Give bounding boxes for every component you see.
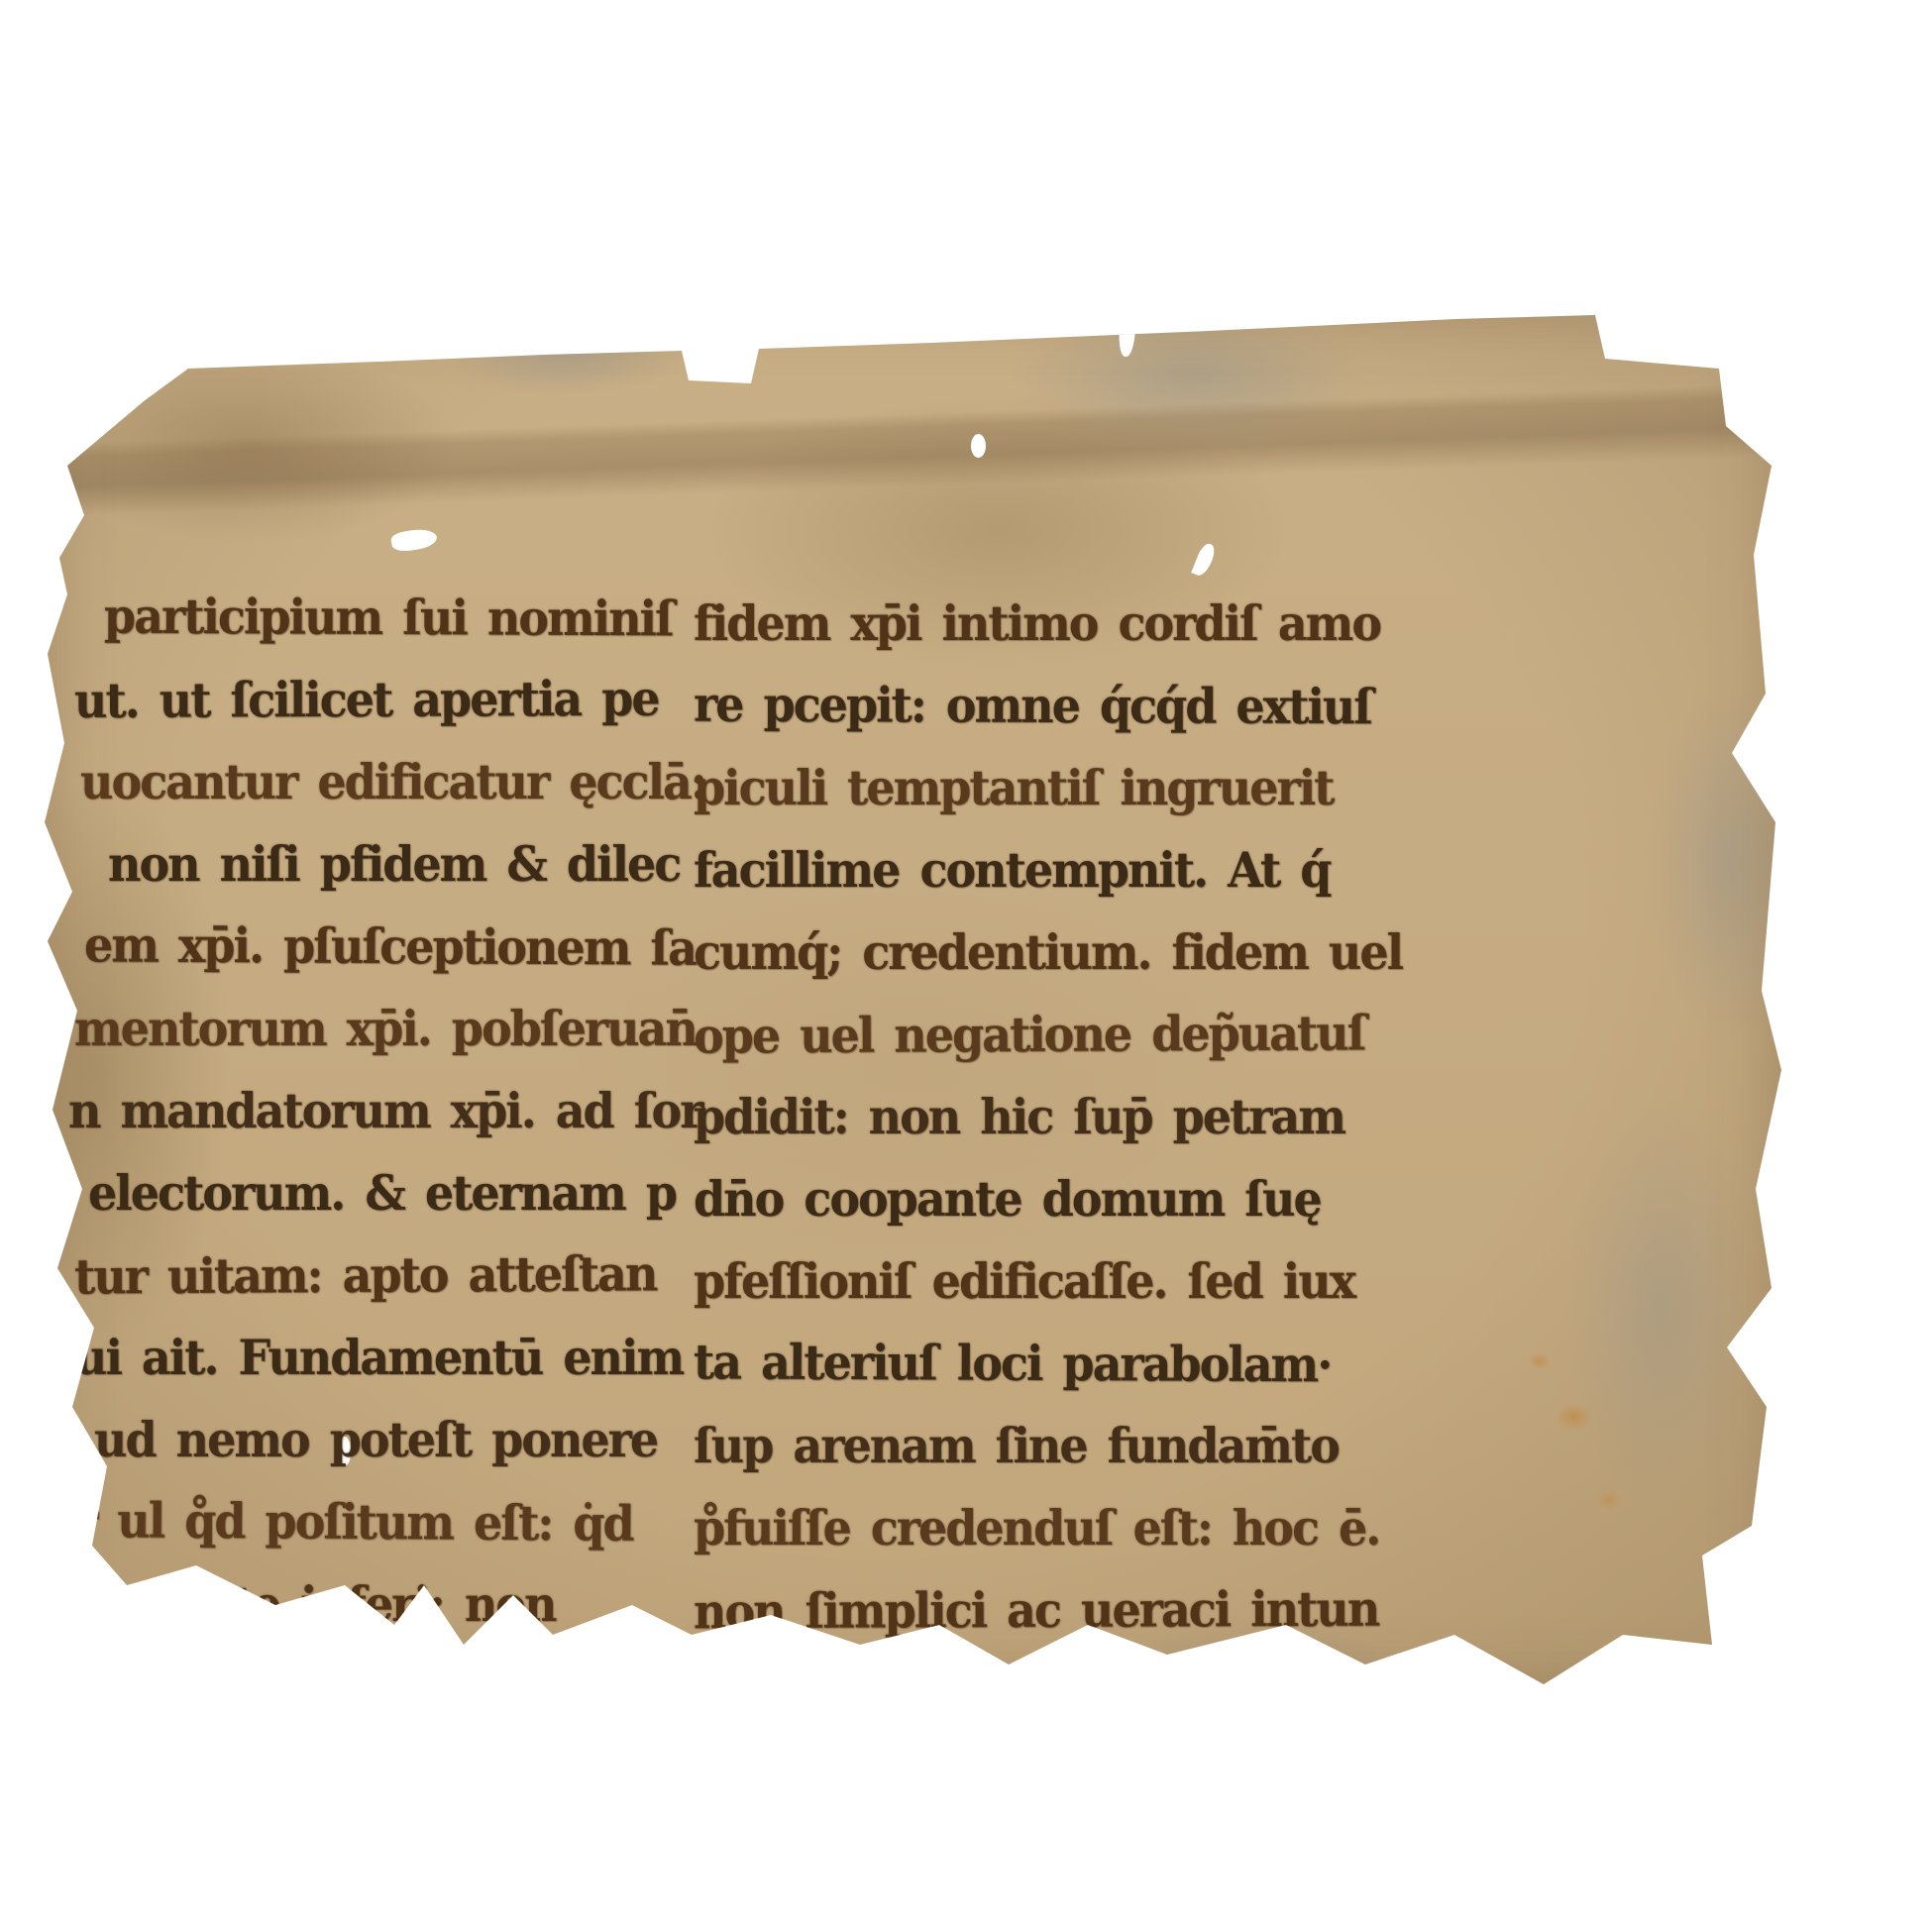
manuscript-line: ſup arenam ſine fundam̄to bbox=[694, 1403, 1387, 1490]
manuscript-line: uocantur edificatur ęcclā: bbox=[80, 739, 649, 826]
parchment-hole bbox=[971, 434, 986, 458]
manuscript-line: mentorum xp̄i. pobſeruan̄ bbox=[74, 986, 649, 1073]
manuscript-line: dn̄o coopante domum ſuę bbox=[694, 1156, 1387, 1243]
manuscript-line: ope uel negatione dep̃uatuſ bbox=[694, 990, 1387, 1080]
manuscript-line: fidem xp̄i intimo cordiſ amo bbox=[694, 581, 1387, 668]
parchment-hole bbox=[1191, 541, 1218, 578]
manuscript-line: ud nemo poteſt ponere bbox=[94, 1397, 649, 1484]
manuscript-fragment: participium ſui nominiſ ut. ut ſcilicet … bbox=[40, 307, 1783, 1694]
manuscript-line: facillime contempnit. At q́ bbox=[694, 827, 1387, 914]
manuscript-line: tur uitam: apto atteſtan bbox=[74, 1231, 649, 1321]
manuscript-line: cumq́; credentium. fidem uel bbox=[694, 910, 1387, 997]
parchment-hole bbox=[390, 527, 438, 553]
manuscript-line: pfeſſioniſ edificaſſe. ſed iux bbox=[694, 1238, 1387, 1326]
manuscript-line: re pcepit: omne q́cq́d extiuſ bbox=[694, 661, 1387, 751]
right-text-column: fidem xp̄i intimo cordiſ amo re pcepit: … bbox=[694, 583, 1387, 1652]
manuscript-line: electorum. & eternam p bbox=[88, 1150, 649, 1237]
manuscript-line: piculi temptantiſ ingruerit bbox=[694, 745, 1387, 832]
manuscript-line: n mandatorum xp̄i. ad ſor bbox=[68, 1068, 649, 1155]
manuscript-line: participium ſui nominiſ bbox=[104, 573, 649, 663]
manuscript-line: em xp̄i. pſuſceptionem ſa bbox=[84, 902, 649, 992]
manuscript-line: et porte inferi: non bbox=[86, 1561, 649, 1649]
manuscript-line: p̊fuiſſe credenduſ eſt: hoc ē. bbox=[694, 1485, 1387, 1572]
manuscript-line: non niſi pfidem & dilec bbox=[108, 821, 649, 909]
manuscript-line: ui ait. Fundamentū enim bbox=[74, 1315, 649, 1402]
parchment-hole bbox=[1118, 301, 1137, 358]
manuscript-line: ta alteriuſ loci parabolam· bbox=[694, 1319, 1387, 1409]
photograph-background: participium ſui nominiſ ut. ut ſcilicet … bbox=[0, 0, 1932, 1932]
manuscript-line: ut. ut ſcilicet apertia pe bbox=[74, 655, 649, 744]
manuscript-line: non ſimplici ac ueraci intun bbox=[694, 1565, 1387, 1656]
left-text-column: participium ſui nominiſ ut. ut ſcilicet … bbox=[74, 577, 649, 1646]
manuscript-line: pdidit: non hic ſup̄ petram bbox=[694, 1074, 1387, 1161]
manuscript-line: r ul q̊d poſitum eſt: q̇d bbox=[74, 1477, 649, 1568]
